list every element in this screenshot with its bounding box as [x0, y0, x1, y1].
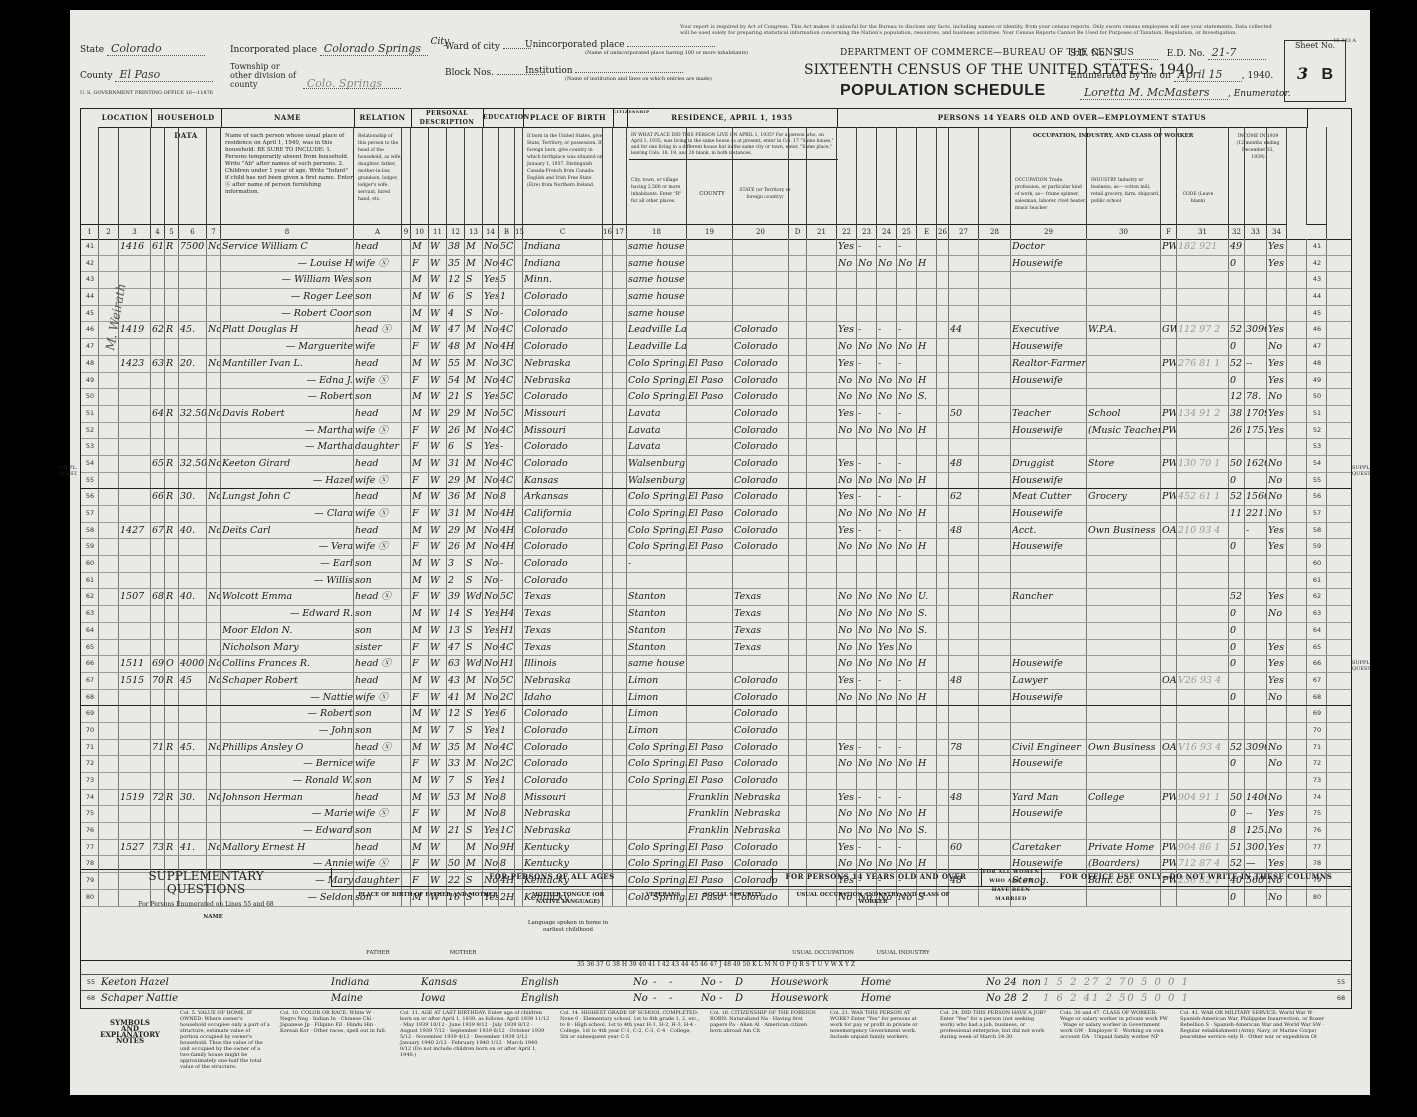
cell-birth: Colorado [524, 456, 602, 471]
state-value: Colorado [107, 42, 205, 56]
supp-group-office: FOR OFFICE USE ONLY—DO NOT WRITE IN THES… [1041, 868, 1352, 887]
cell-industry: Own Business [1088, 740, 1160, 755]
cell-name: — Robert [222, 706, 357, 721]
supp-cell-c43: - [719, 975, 735, 990]
cell-res-county: El Paso [688, 539, 732, 554]
cell-line: 51 [82, 406, 98, 421]
column-number: 10 [411, 224, 429, 239]
cell-age: 12 [448, 706, 464, 721]
cell-race: W [430, 506, 446, 521]
cell-own: R [166, 740, 178, 755]
cell-value: 40. [180, 589, 206, 604]
cell-other: No [1268, 456, 1286, 471]
cell-sex: M [412, 389, 428, 404]
cell-line2: 75 [1308, 806, 1326, 821]
cell-line2: 62 [1308, 589, 1326, 604]
table-row: 61— WillissonMW2SNo-Colorado61 [81, 573, 1351, 590]
legal-notice: Your report is required by Act of Congre… [680, 24, 1280, 36]
cell-school: No [484, 656, 498, 671]
column-number: 6 [179, 224, 207, 239]
cell-c23: - [878, 356, 896, 371]
cell-age: 21 [448, 823, 464, 838]
cell-weeks: 0 [1230, 756, 1244, 771]
cell-occupation: Meat Cutter [1012, 489, 1086, 504]
table-row: 41141661R7500NoService William CheadMW38… [81, 239, 1351, 256]
cell-class: PW [1162, 356, 1176, 371]
cell-res-city: Lavata [628, 406, 686, 421]
supplementary-row: 55Keeton HazelIndianaKansasEnglishNo--No… [81, 974, 1351, 991]
cell-weeks: 11 [1230, 506, 1244, 521]
cell-farm: No [208, 740, 220, 755]
cell-school: Yes [484, 623, 498, 638]
cell-line2: 64 [1308, 623, 1326, 638]
cell-line: 70 [82, 723, 98, 738]
cell-c22: - [858, 239, 876, 254]
cell-rel: head ⓧ [355, 740, 401, 755]
supplementary-title: SUPPLEMENTARY QUESTIONS For Persons Enum… [81, 868, 331, 911]
cell-race: W [430, 389, 446, 404]
cell-rel: head [355, 673, 401, 688]
supp-cell-name: Keeton Hazel [101, 975, 331, 990]
cell-c22: No [858, 539, 876, 554]
cell-rel: son [355, 623, 401, 638]
supp-cell-married-more: No [986, 991, 1004, 1006]
cell-other: Yes [1268, 373, 1286, 388]
cell-res-state: Texas [734, 640, 788, 655]
cell-class: PW [1162, 456, 1176, 471]
cell-res-state: Colorado [734, 406, 788, 421]
cell-c25: H [918, 690, 936, 705]
cell-line: 56 [82, 489, 98, 504]
cell-res-state: Colorado [734, 756, 788, 771]
table-row: 50— RobertsonMW21SYes5CColoradoColo Spri… [81, 389, 1351, 406]
cell-code: 134 91 2 [1178, 406, 1228, 421]
cell-hh: 73 [152, 840, 164, 855]
cell-weeks: 12 [1230, 389, 1244, 404]
cell-birth: Colorado [524, 573, 602, 588]
cell-sex: M [412, 289, 428, 304]
cell-weeks: 0 [1230, 656, 1244, 671]
cell-grade: 5C [500, 673, 514, 688]
cell-other: No [1268, 690, 1286, 705]
column-number: 13 [465, 224, 483, 239]
cell-grade: - [500, 573, 514, 588]
cell-farm: No [208, 489, 220, 504]
cell-farm: No [208, 656, 220, 671]
note-col21: Col. 21. WAS THIS PERSON AT WORK? Enter … [830, 1010, 930, 1040]
cell-c21: No [838, 256, 856, 271]
cell-c21: No [838, 589, 856, 604]
cell-line2: 45 [1308, 306, 1326, 321]
cell-line: 72 [82, 756, 98, 771]
cell-birth: Colorado [524, 339, 602, 354]
cell-mar: M [466, 339, 482, 354]
cell-sex: F [412, 539, 428, 554]
cell-grade: 4C [500, 740, 514, 755]
cell-c25: H [918, 506, 936, 521]
cell-grade: 8 [500, 489, 514, 504]
cell-line: 45 [82, 306, 98, 321]
table-row: 76— EdwardsonMW21SYes1CNebraskaFranklinN… [81, 823, 1351, 840]
cell-farm: No [208, 322, 220, 337]
cell-sex: F [412, 473, 428, 488]
cell-other: Yes [1268, 589, 1286, 604]
column-number: 4 [151, 224, 165, 239]
cell-res-state: Texas [734, 589, 788, 604]
cell-grade: 4H [500, 539, 514, 554]
cell-c21: No [838, 640, 856, 655]
cell-weeks: 0 [1230, 256, 1244, 271]
cell-c25: H [918, 339, 936, 354]
cell-grade: 4H [500, 506, 514, 521]
cell-hh: 65 [152, 456, 164, 471]
note-col24: Col. 24. DID THIS PERSON HAVE A JOB? Ent… [940, 1010, 1050, 1040]
cell-house: 1527 [120, 840, 150, 855]
cell-weeks: 26 [1230, 423, 1244, 438]
cell-birth: Idaho [524, 690, 602, 705]
cell-school: Yes [484, 823, 498, 838]
cell-name: Deits Carl [222, 523, 357, 538]
sd-field: S.D. No. 3 E.D. No. 21-7 [1070, 46, 1266, 60]
cell-birth: Missouri [524, 423, 602, 438]
cell-occupation: Housewife [1012, 256, 1086, 271]
cell-res-city: - [628, 556, 686, 571]
cell-class: PW [1162, 239, 1176, 254]
cell-c21: Yes [838, 489, 856, 504]
cell-school: No [484, 523, 498, 538]
cell-sex: M [412, 723, 428, 738]
cell-c25: H [918, 256, 936, 271]
cell-birth: Texas [524, 623, 602, 638]
cell-name: — Edward [222, 823, 357, 838]
cell-res-city: Leadville Lake [628, 322, 686, 337]
cell-c21: Yes [838, 523, 856, 538]
cell-school: No [484, 506, 498, 521]
cell-rel: son [355, 773, 401, 788]
cell-rel: wife ⓧ [355, 806, 401, 821]
cell-own: R [166, 489, 178, 504]
cell-race: W [430, 623, 446, 638]
cell-rel: son [355, 723, 401, 738]
cell-rel: wife ⓧ [355, 473, 401, 488]
cell-line: 64 [82, 623, 98, 638]
cell-res-city: Stanton [628, 640, 686, 655]
cell-c22: No [858, 389, 876, 404]
supp-cell-office: 1 6 2 41 2 50 5 0 0 1 [1043, 991, 1343, 1006]
column-divider [514, 127, 515, 225]
note-col41: Col. 41. WAR OR MILITARY SERVICE: World … [1180, 1010, 1330, 1040]
cell-rel: wife [355, 339, 401, 354]
cell-mar: M [466, 806, 482, 821]
cell-birth: Texas [524, 606, 602, 621]
schedule-title: POPULATION SCHEDULE [840, 82, 1046, 100]
cell-c23: No [878, 389, 896, 404]
unincorporated-field: Unincorporated place (Name of unincorpor… [525, 40, 748, 56]
cell-mar: S [466, 556, 482, 571]
cell-grade: H1 [500, 656, 514, 671]
cell-rel: head [355, 790, 401, 805]
cell-name: Wolcott Emma [222, 589, 357, 604]
cell-industry: Store [1088, 456, 1160, 471]
cell-name: — Bernice [222, 756, 357, 771]
cell-c22: No [858, 606, 876, 621]
cell-line: 60 [82, 556, 98, 571]
cell-birth: Colorado [524, 523, 602, 538]
cell-mar: M [466, 406, 482, 421]
cell-res-state: Colorado [734, 322, 788, 337]
cell-race: W [430, 306, 446, 321]
cell-birth: Colorado [524, 756, 602, 771]
cell-weeks: 0 [1230, 623, 1244, 638]
cell-name: — Roger Lee [222, 289, 357, 304]
cell-grade: 2C [500, 756, 514, 771]
cell-line: 71 [82, 740, 98, 755]
cell-grade: 4H [500, 523, 514, 538]
cell-grade: - [500, 439, 514, 454]
cell-grade: 8 [500, 790, 514, 805]
cell-line: 54 [82, 456, 98, 471]
cell-industry: Grocery [1088, 489, 1160, 504]
cell-rel: head [355, 239, 401, 254]
cell-name: Johnson Herman [222, 790, 357, 805]
cell-code: 210 93 4 [1178, 523, 1228, 538]
cell-line: 49 [82, 373, 98, 388]
cell-c22: No [858, 256, 876, 271]
cell-own: O [166, 656, 178, 671]
cell-occupation: Civil Engineer [1012, 740, 1086, 755]
cell-sex: M [412, 840, 428, 855]
table-row: 5666R30.NoLungst John CheadMW36MNo8Arkan… [81, 489, 1351, 506]
cell-mar: Wd [466, 589, 482, 604]
cell-birth: Kansas [524, 473, 602, 488]
table-row: 46141962R45.NoPlatt Douglas Hhead ⓧMW47M… [81, 322, 1351, 339]
group-name: NAME [221, 109, 355, 128]
cell-race: W [430, 289, 446, 304]
cell-c23: No [878, 589, 896, 604]
cell-grade: 1C [500, 823, 514, 838]
enumerated-field: Enumerated by me on April 15, 1940. [1070, 68, 1273, 82]
cell-race: W [430, 656, 446, 671]
cell-race: W [430, 840, 446, 855]
cell-name: — Marie [222, 806, 357, 821]
cell-hours: 48 [950, 790, 978, 805]
cell-hours: 44 [950, 322, 978, 337]
cell-line: 61 [82, 573, 98, 588]
table-row: 57— Clarawife ⓧFW31MNo4HCaliforniaColo S… [81, 506, 1351, 523]
cell-c25: S. [918, 623, 936, 638]
cell-farm: No [208, 840, 220, 855]
cell-code: 112 97 2 [1178, 322, 1228, 337]
cell-weeks: 52 [1230, 589, 1244, 604]
cell-rel: son [355, 389, 401, 404]
supp-group-14: FOR PERSONS 14 YEARS OLD AND OVER [771, 868, 982, 887]
cell-line: 52 [82, 423, 98, 438]
cell-school: No [484, 239, 498, 254]
cell-farm: No [208, 456, 220, 471]
cell-rel: head ⓧ [355, 589, 401, 604]
cell-res-city: Limon [628, 706, 686, 721]
cell-weeks: 51 [1230, 840, 1244, 855]
cell-income: 300. [1246, 840, 1266, 855]
cell-line: 62 [82, 589, 98, 604]
supp-cell-father: Maine [331, 991, 421, 1006]
column-number: 17 [613, 224, 627, 239]
cell-house: 1427 [120, 523, 150, 538]
cell-name: Schaper Robert [222, 673, 357, 688]
cell-sex: F [412, 589, 428, 604]
column-number: 23 [857, 224, 877, 239]
cell-c21: No [838, 506, 856, 521]
cell-line: 48 [82, 356, 98, 371]
cell-income: 221. [1246, 506, 1266, 521]
cell-occupation: Housewife [1012, 539, 1086, 554]
cell-line2: 71 [1308, 740, 1326, 755]
cell-birth: Nebraska [524, 373, 602, 388]
cell-age: 48 [448, 339, 464, 354]
cell-farm: No [208, 406, 220, 421]
column-divider [1160, 127, 1161, 225]
cell-own: R [166, 790, 178, 805]
cell-rel: son [355, 556, 401, 571]
cell-name: Platt Douglas H [222, 322, 357, 337]
cell-res-state: Colorado [734, 523, 788, 538]
cell-mar: S [466, 706, 482, 721]
cell-line2: 51 [1308, 406, 1326, 421]
column-number: B [499, 224, 515, 239]
cell-sex: M [412, 623, 428, 638]
cell-hours: 78 [950, 740, 978, 755]
cell-class: PW [1162, 790, 1176, 805]
cell-rel: head ⓧ [355, 322, 401, 337]
column-divider [498, 127, 499, 225]
cell-line: 67 [82, 673, 98, 688]
cell-c21: No [838, 623, 856, 638]
supp-cell-mother: Kansas [421, 975, 511, 990]
cell-value: 41. [180, 840, 206, 855]
cell-school: No [484, 322, 498, 337]
table-row: 62150768R40.NoWolcott Emmahead ⓧFW39WdNo… [81, 589, 1351, 606]
cell-value: 32.50 [180, 456, 206, 471]
cell-line2: 55 [1308, 473, 1326, 488]
suppl-quest-label-55-right: SUPPL. QUEST. [1352, 465, 1370, 477]
cell-c22: - [858, 489, 876, 504]
occupation-header: OCCUPATION Trade, profession, or particu… [1013, 175, 1089, 214]
cell-c24: No [898, 756, 916, 771]
cell-code: 182 921 [1178, 239, 1228, 254]
table-row: 65Nicholson MarysisterFW47SNo4CTexasStan… [81, 640, 1351, 657]
cell-grade: 5 [500, 272, 514, 287]
cell-weeks: 0 [1230, 373, 1244, 388]
cell-own: R [166, 406, 178, 421]
supp-cell-children: none [1022, 975, 1041, 990]
cell-c23: - [878, 840, 896, 855]
cell-line2: 44 [1308, 289, 1326, 304]
cell-mar: M [466, 740, 482, 755]
cell-race: W [430, 589, 446, 604]
cell-line: 41 [82, 239, 98, 254]
cell-value: 40. [180, 523, 206, 538]
cell-sex: M [412, 673, 428, 688]
cell-own: R [166, 673, 178, 688]
cell-mar: S [466, 623, 482, 638]
cell-industry: Own Business [1088, 523, 1160, 538]
cell-sex: F [412, 640, 428, 655]
cell-grade: 8 [500, 806, 514, 821]
cell-age: 39 [448, 589, 464, 604]
cell-c23: No [878, 656, 896, 671]
cell-income: - [1246, 523, 1266, 538]
cell-hh: 71 [152, 740, 164, 755]
cell-rel: son [355, 289, 401, 304]
cell-line: 63 [82, 606, 98, 621]
cell-mar: S [466, 723, 482, 738]
table-row: 67151570R45NoSchaper RobertheadMW43MNo5C… [81, 673, 1351, 690]
cell-res-city: Colo Springs [628, 840, 686, 855]
cell-value: 7500 [180, 239, 206, 254]
cell-rel: wife ⓧ [355, 256, 401, 271]
township-value: Colo. Springs [303, 79, 401, 89]
column-number: 34 [1267, 224, 1287, 239]
relation-instructions: Relationship of this person to the head … [356, 131, 404, 205]
table-row: 59— Verawife ⓧFW26MNo4HColoradoColo Spri… [81, 539, 1351, 556]
column-divider [482, 127, 483, 225]
cell-res-city: Stanton [628, 623, 686, 638]
cell-other: No [1268, 489, 1286, 504]
cell-birth: Nebraska [524, 673, 602, 688]
cell-res-state: Colorado [734, 723, 788, 738]
cell-age: 21 [448, 389, 464, 404]
cell-c21: Yes [838, 790, 856, 805]
cell-farm: No [208, 523, 220, 538]
cell-grade: 1 [500, 723, 514, 738]
cell-line: 73 [82, 773, 98, 788]
table-row: 49— Edna J.wife ⓧFW54MNo4CNebraskaColo S… [81, 373, 1351, 390]
cell-age: 4 [448, 306, 464, 321]
cell-income: -- [1246, 356, 1266, 371]
cell-sex: M [412, 706, 428, 721]
cell-class: PW [1162, 423, 1176, 438]
cell-school: No [484, 489, 498, 504]
cell-res-county: El Paso [688, 373, 732, 388]
table-row: 75— Mariewife ⓧFWMNo8NebraskaFranklinNeb… [81, 806, 1351, 823]
cell-mar: M [466, 373, 482, 388]
cell-rel: head [355, 840, 401, 855]
cell-income: 78. [1246, 389, 1266, 404]
cell-line2: 65 [1308, 640, 1326, 655]
cell-age: 55 [448, 356, 464, 371]
cell-weeks: 52 [1230, 489, 1244, 504]
cell-age: 38 [448, 239, 464, 254]
cell-birth: Colorado [524, 289, 602, 304]
cell-c22: No [858, 589, 876, 604]
supp-cell-married-more: No [986, 975, 1004, 990]
cell-industry: School [1088, 406, 1160, 421]
supp-cell-father: Indiana [331, 975, 421, 990]
column-number: 28 [979, 224, 1011, 239]
cell-res-city: Colo Springs [628, 506, 686, 521]
cell-race: W [430, 339, 446, 354]
cell-other: Yes [1268, 423, 1286, 438]
cell-class: OA [1162, 523, 1176, 538]
cell-race: W [430, 823, 446, 838]
column-divider [464, 127, 465, 225]
table-row: 70— JohnsonMW7SYes1ColoradoLimonColorado… [81, 723, 1351, 740]
cell-c25: S. [918, 823, 936, 838]
cell-school: No [484, 473, 498, 488]
cell-race: W [430, 690, 446, 705]
cell-birth: Nebraska [524, 356, 602, 371]
cell-farm: No [208, 790, 220, 805]
